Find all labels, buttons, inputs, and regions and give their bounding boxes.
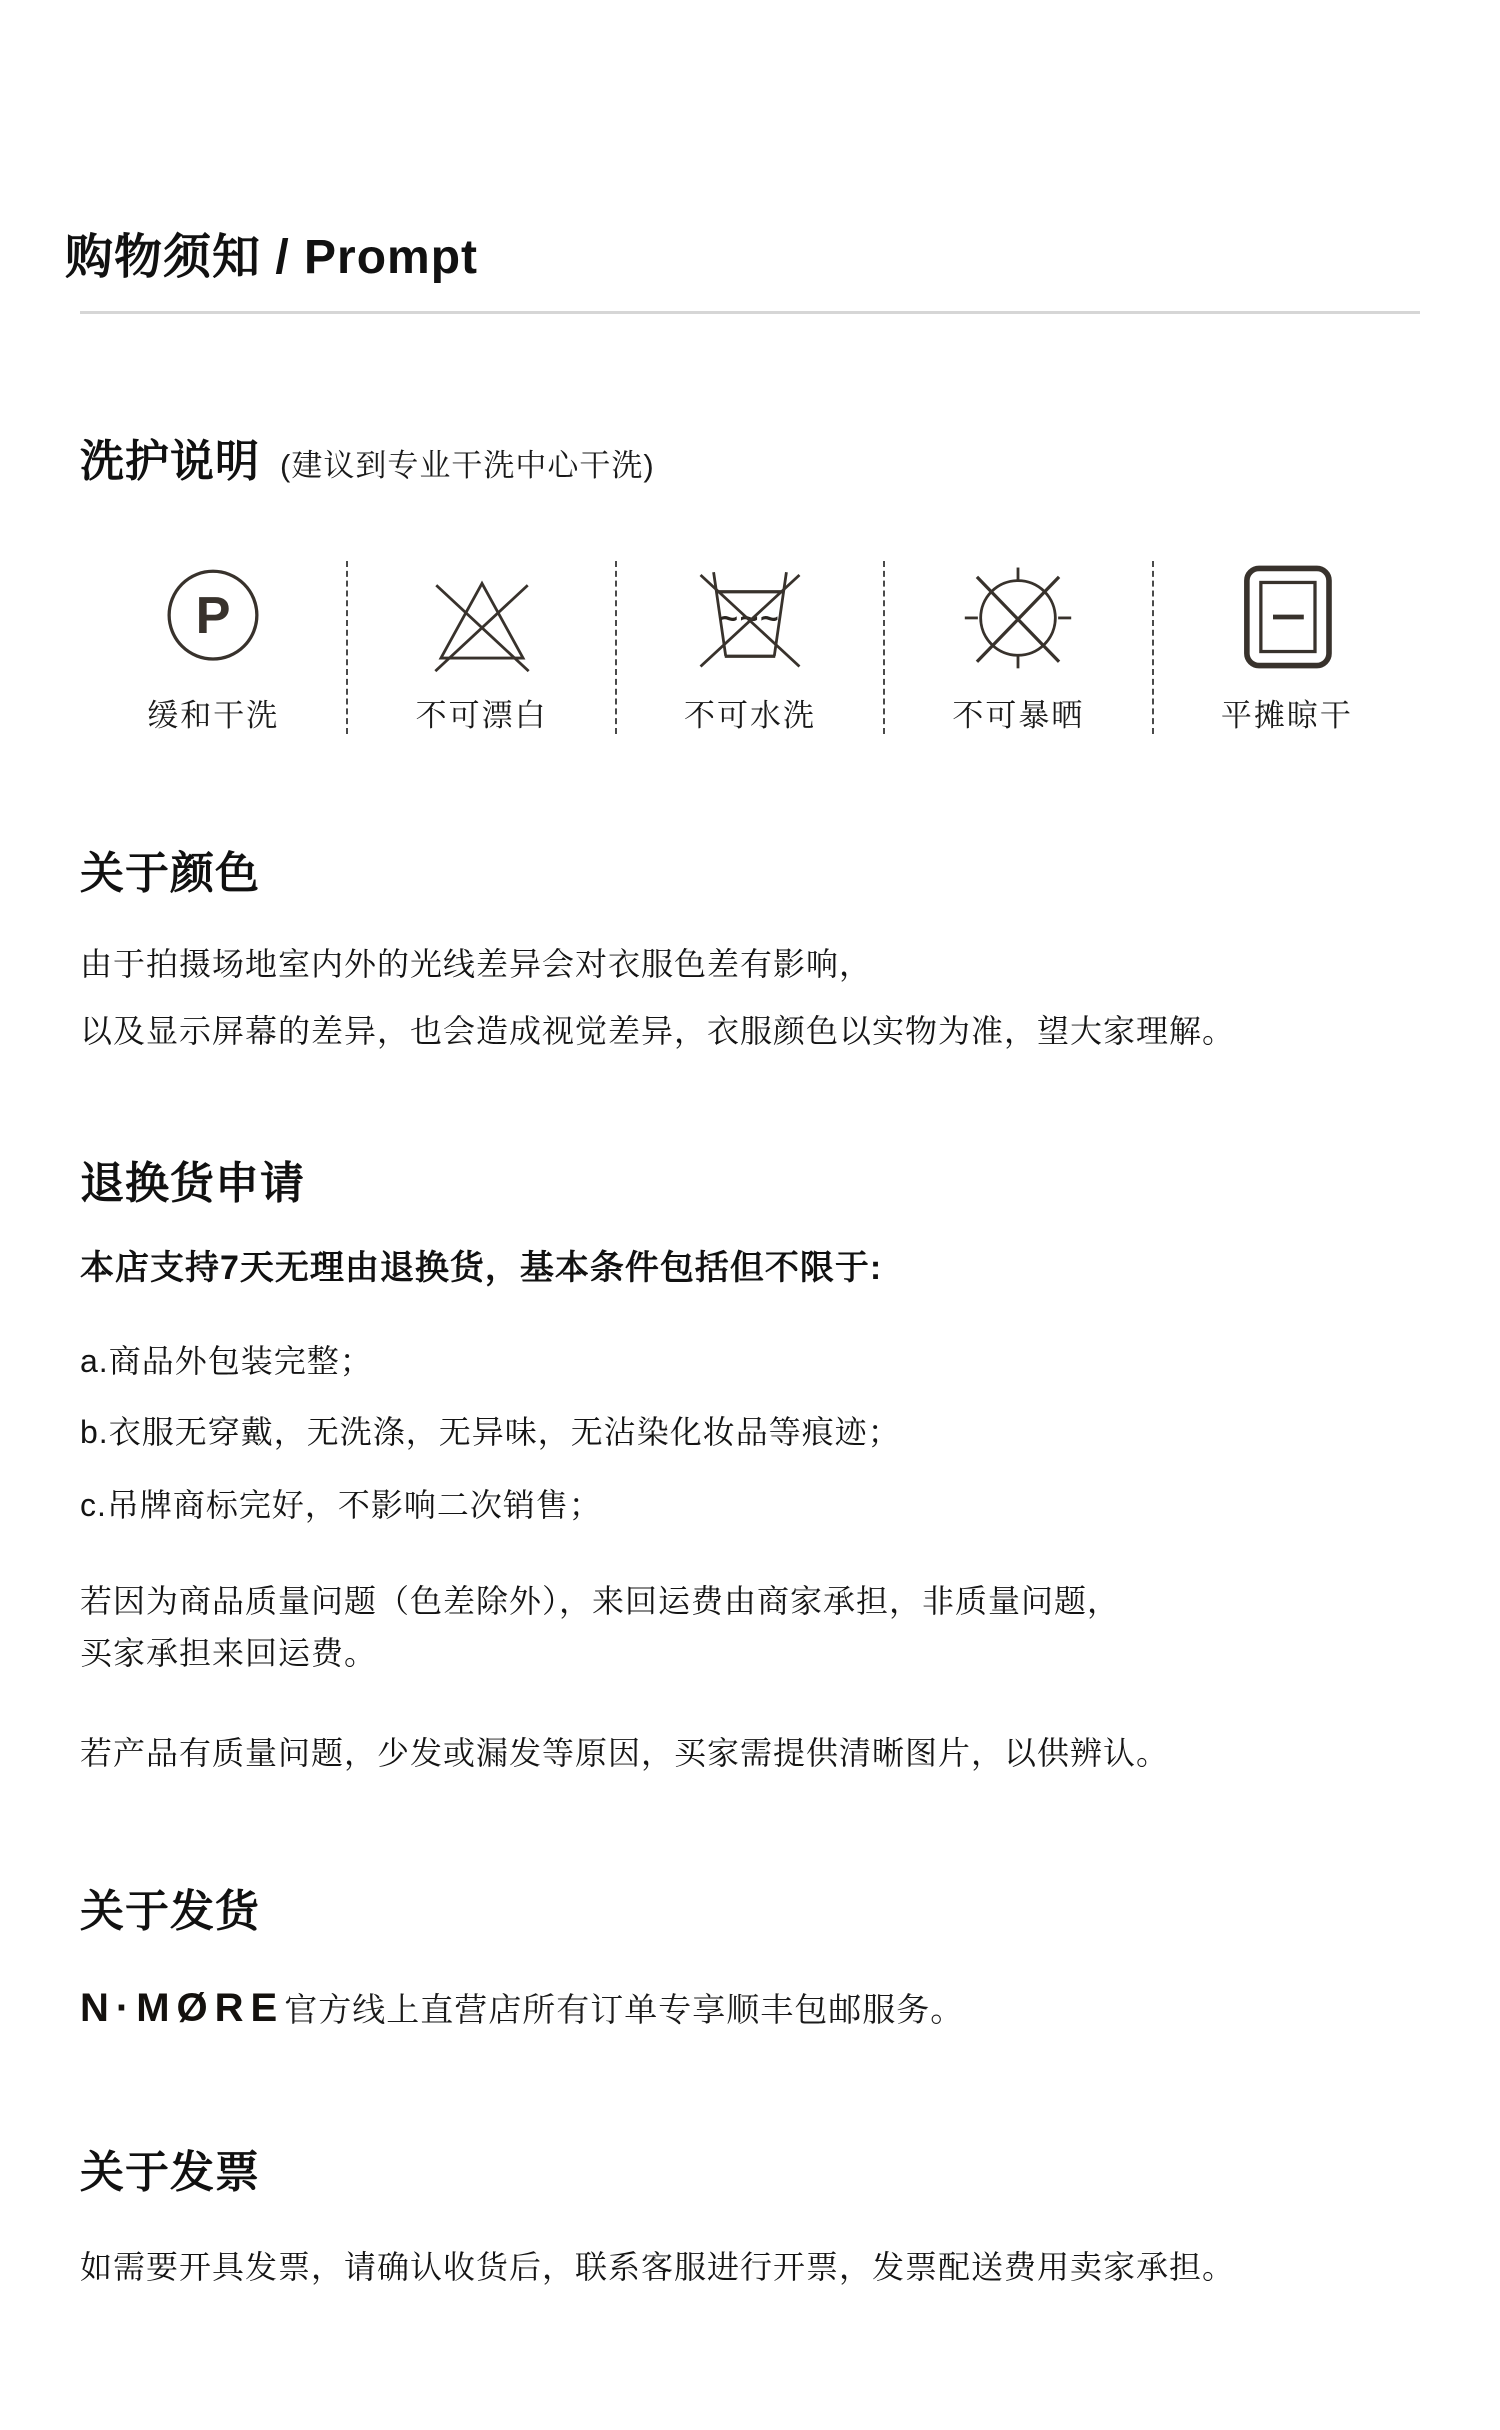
color-line: 由于拍摄场地室内外的光线差异会对衣服色差有影响， xyxy=(80,945,1420,983)
title-divider xyxy=(80,311,1420,314)
care-heading-row: 洗护说明 (建议到专业干洗中心干洗) xyxy=(80,436,1420,489)
svg-text:~~~: ~~~ xyxy=(719,600,780,636)
care-symbol-no-wash: ~~~ 不可水洗 xyxy=(617,561,885,734)
dry-flat-icon xyxy=(1231,561,1343,673)
care-symbol-label: 不可暴晒 xyxy=(952,697,1084,734)
shopping-notes-page: 购物须知 / Prompt 洗护说明 (建议到专业干洗中心干洗) P 缓和干洗 xyxy=(0,0,1500,2430)
shipping-section: 关于发货 N·MØRE 官方线上直营店所有订单专享顺丰包邮服务。 xyxy=(80,1886,1420,2033)
returns-heading: 退换货申请 xyxy=(80,1158,1420,1211)
care-symbol-no-bleach: 不可漂白 xyxy=(348,561,616,734)
care-symbol-label: 平摊晾干 xyxy=(1221,697,1353,734)
invoice-heading: 关于发票 xyxy=(80,2147,1420,2200)
color-section: 关于颜色 由于拍摄场地室内外的光线差异会对衣服色差有影响， 以及显示屏幕的差异，… xyxy=(80,848,1420,1051)
care-section: 洗护说明 (建议到专业干洗中心干洗) P 缓和干洗 不可漂白 xyxy=(80,436,1420,734)
shipping-line: N·MØRE 官方线上直营店所有订单专享顺丰包邮服务。 xyxy=(80,1984,1420,2032)
return-condition: b.衣服无穿戴，无洗涤，无异味，无沾染化妆品等痕迹； xyxy=(80,1413,1420,1451)
care-note: (建议到专业干洗中心干洗) xyxy=(280,440,655,485)
return-condition: c.吊牌商标完好，不影响二次销售； xyxy=(80,1486,1420,1524)
care-symbol-no-sun: 不可暴晒 xyxy=(885,561,1153,734)
freight-line: 买家承担来回运费。 xyxy=(80,1634,1420,1672)
freight-line: 若因为商品质量问题（色差除外），来回运费由商家承担，非质量问题， xyxy=(80,1582,1420,1620)
no-sun-icon xyxy=(962,561,1074,673)
care-symbol-label: 缓和干洗 xyxy=(147,697,279,734)
returns-intro: 本店支持7天无理由退换货，基本条件包括但不限于: xyxy=(80,1248,1420,1289)
care-symbol-label: 不可水洗 xyxy=(684,697,816,734)
shipping-text: 官方线上直营店所有订单专享顺丰包邮服务。 xyxy=(284,1990,964,2030)
color-line: 以及显示屏幕的差异，也会造成视觉差异，衣服颜色以实物为准，望大家理解。 xyxy=(80,1012,1420,1050)
care-symbol-dry-clean: P 缓和干洗 xyxy=(80,561,348,734)
dry-clean-gentle-icon: P xyxy=(157,561,269,673)
shipping-heading: 关于发货 xyxy=(80,1886,1420,1939)
brand-logo-text: N·MØRE xyxy=(80,1984,284,2032)
care-heading: 洗护说明 xyxy=(80,436,260,489)
care-symbol-label: 不可漂白 xyxy=(416,697,548,734)
page-title: 购物须知 / Prompt xyxy=(65,230,1420,285)
invoice-text: 如需要开具发票，请确认收货后，联系客服进行开票，发票配送费用卖家承担。 xyxy=(80,2248,1420,2286)
care-symbol-dry-flat: 平摊晾干 xyxy=(1154,561,1420,734)
color-heading: 关于颜色 xyxy=(80,848,1420,901)
care-symbols-row: P 缓和干洗 不可漂白 ~~~ xyxy=(80,561,1420,734)
no-bleach-icon xyxy=(426,561,538,673)
returns-proof-line: 若产品有质量问题，少发或漏发等原因，买家需提供清晰图片，以供辨认。 xyxy=(80,1734,1420,1772)
return-condition: a.商品外包装完整； xyxy=(80,1342,1420,1380)
returns-section: 退换货申请 本店支持7天无理由退换货，基本条件包括但不限于: a.商品外包装完整… xyxy=(80,1158,1420,1773)
invoice-section: 关于发票 如需要开具发票，请确认收货后，联系客服进行开票，发票配送费用卖家承担。 xyxy=(80,2147,1420,2286)
svg-text:P: P xyxy=(196,587,231,645)
no-wash-icon: ~~~ xyxy=(694,561,806,673)
